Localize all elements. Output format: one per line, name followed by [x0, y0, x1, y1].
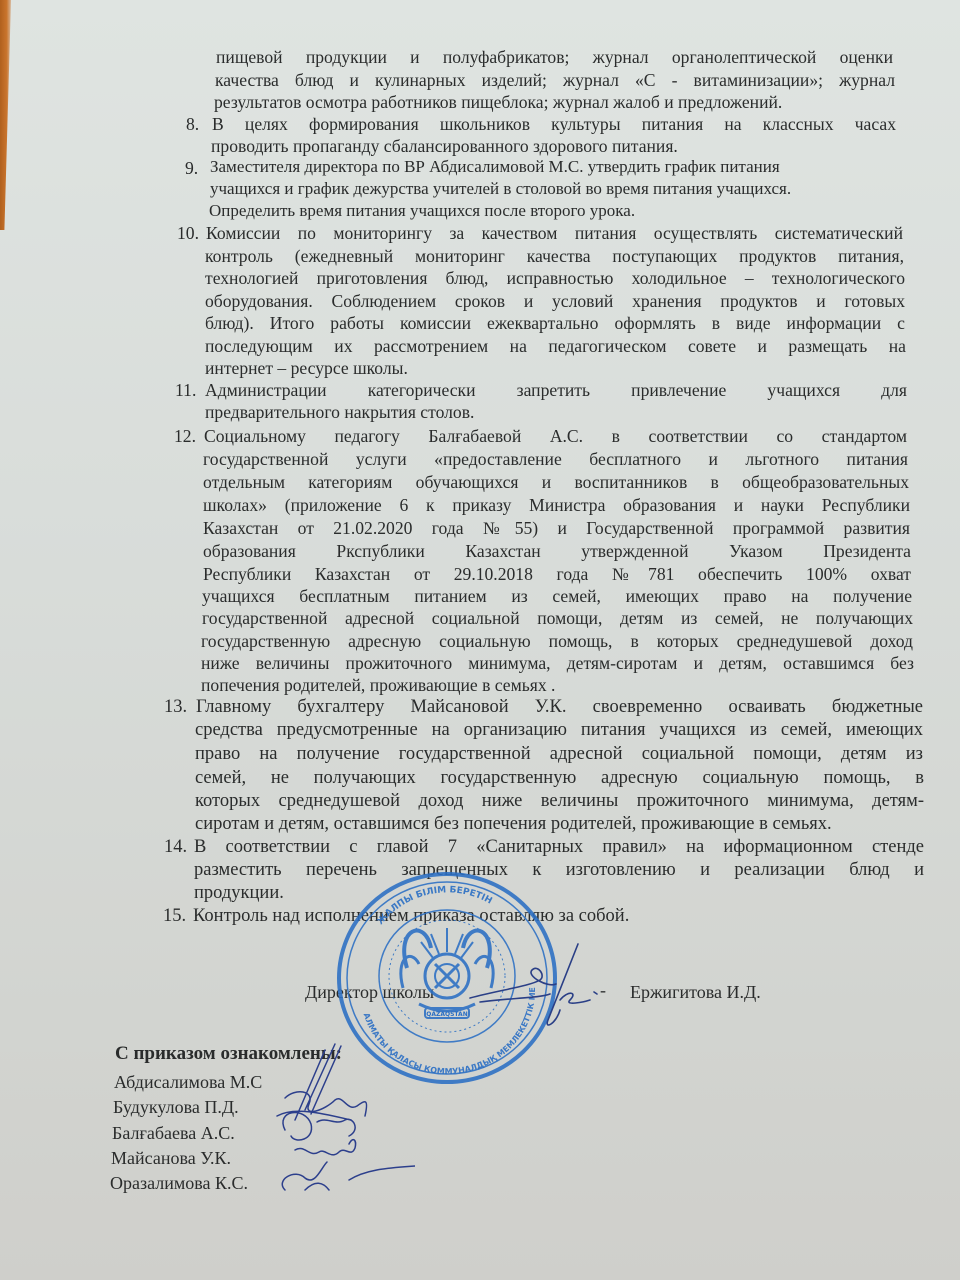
item-12-line-8: учащихся бесплатным питанием из семей, и…: [202, 585, 912, 607]
item-10-line-4: оборудования. Соблюдением сроков и услов…: [205, 290, 905, 312]
item-12-line-6: образования Ркспублики Казахстан утвержд…: [203, 540, 911, 562]
item-10-line-3: технологией приготовления блюд, исправно…: [205, 267, 905, 289]
item-12-line-2: государственной услуги «предоставление б…: [203, 448, 908, 470]
ack-name-2: Будукулова П.Д.: [113, 1095, 239, 1119]
item-9-line-2: учащихся и график дежурства учителей в с…: [210, 178, 791, 200]
item-11-line-2: предварительного накрытия столов.: [205, 401, 474, 423]
acknowledgement-signatures-icon: [265, 1040, 415, 1210]
item-9-number: 9.: [185, 157, 198, 179]
item-7-line-1: пищевой продукции и полуфабрикатов; журн…: [216, 46, 893, 68]
item-12-line-9: государственной адресной социальной помо…: [202, 607, 913, 629]
item-7-line-3: результатов осмотра работников пищеблока…: [214, 91, 782, 113]
ack-name-4: Майсанова У.К.: [111, 1146, 231, 1170]
item-9-line-1: Заместителя директора по ВР Абдисалимово…: [210, 156, 780, 178]
item-10-line-1: Комиссии по мониторингу за качеством пит…: [206, 222, 903, 244]
item-12-line-4: школах» (приложение 6 к приказу Министра…: [203, 494, 910, 516]
item-12-line-11: ниже величины прожиточного минимума, дет…: [201, 652, 914, 674]
item-10-line-5: блюд). Итого работы комиссии ежекварталь…: [205, 312, 905, 334]
item-14-line-1: В соответствии с главой 7 «Санитарных пр…: [194, 836, 924, 858]
item-12-line-7: Республики Казахстан от 29.10.2018 года …: [203, 563, 911, 585]
item-7-line-2: качества блюд и кулинарных изделий; журн…: [215, 69, 895, 91]
item-12-line-12: попечения родителей, проживающие в семья…: [201, 674, 555, 696]
item-15-number: 15.: [163, 905, 186, 927]
item-8-line-1: В целях формирования школьников культуры…: [212, 113, 896, 135]
ack-name-1: Абдисалимова М.С: [114, 1070, 262, 1094]
ack-name-3: Балғабаева А.С.: [112, 1121, 235, 1145]
item-9-line-3: Определить время питания учащихся после …: [209, 200, 635, 222]
item-12-line-1: Социальному педагогу Балғабаевой А.С. в …: [204, 425, 907, 447]
svg-text:ЖАЛПЫ БІЛІМ БЕРЕТІН: ЖАЛПЫ БІЛІМ БЕРЕТІН: [376, 885, 494, 927]
document-page: пищевой продукции и полуфабрикатов; журн…: [0, 0, 960, 1280]
item-14-number: 14.: [164, 836, 187, 858]
item-10-number: 10.: [177, 222, 199, 244]
item-12-line-5: Казахстан от 21.02.2020 года №55) и Госу…: [203, 517, 910, 539]
director-name: Ержигитова И.Д.: [630, 980, 761, 1004]
director-signature-icon: [460, 940, 610, 1050]
item-14-line-3: продукции.: [194, 882, 284, 904]
item-12-line-10: государственную адресную социальную помо…: [201, 630, 913, 652]
item-8-number: 8.: [186, 113, 199, 135]
item-11-line-1: Администрации категорически запретить пр…: [205, 379, 907, 401]
item-13-line-4: семей, не получающих государственную адр…: [195, 767, 924, 789]
item-13-line-3: право на получение государственной адрес…: [195, 743, 923, 765]
item-13-line-5: которых среднедушевой доход ниже величин…: [195, 790, 924, 812]
item-13-number: 13.: [164, 696, 187, 718]
item-10-line-2: контроль (ежедневный мониторинг качества…: [205, 245, 904, 267]
ack-name-5: Оразалимова К.С.: [110, 1171, 248, 1195]
item-12-number: 12.: [174, 425, 196, 447]
item-8-line-2: проводить пропаганду сбалансированного з…: [211, 135, 678, 157]
item-13-line-1: Главному бухгалтеру Майсановой У.К. свое…: [196, 696, 923, 718]
item-11-number: 11.: [175, 379, 196, 401]
item-10-line-6: последующим их рассмотрением на педагоги…: [205, 335, 906, 357]
item-13-line-2: средства предусмотренные на организацию …: [195, 719, 923, 741]
item-13-line-6: сиротам и детям, оставшимся без попечени…: [195, 813, 832, 835]
item-10-line-7: интернет – ресурсе школы.: [205, 357, 408, 379]
item-12-line-3: отдельным категориям обучающихся и воспи…: [203, 471, 909, 493]
